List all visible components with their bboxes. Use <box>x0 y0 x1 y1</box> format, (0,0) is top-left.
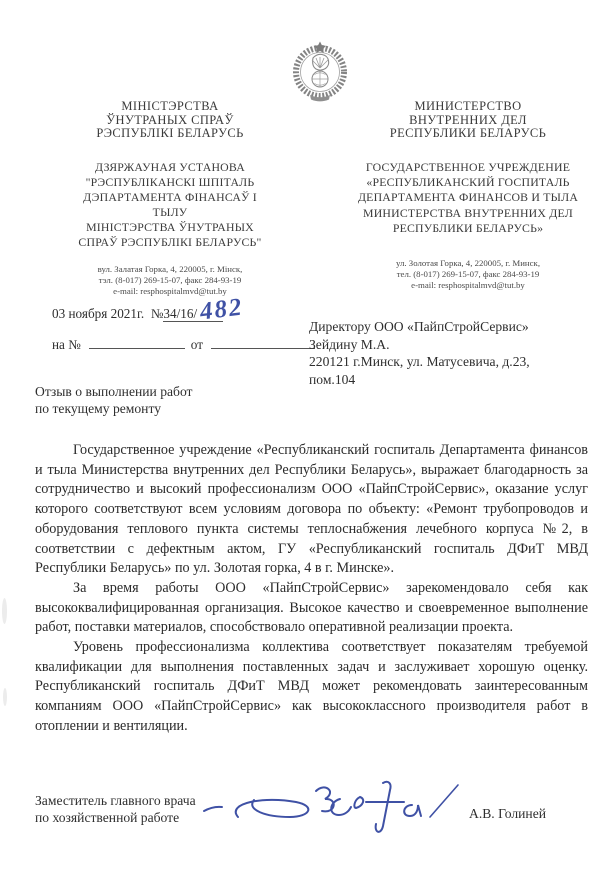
ministry-name-by: МІНІСТЭРСТВА ЎНУТРАНЫХ СПРАЎ РЭСПУБЛІКІ … <box>36 100 304 141</box>
institution-ru-line: ГОСУДАРСТВЕННОЕ УЧРЕЖДЕНИЕ <box>334 160 602 175</box>
belarus-coat-of-arms-icon <box>291 38 349 102</box>
date-and-number-line: 03 ноября 2021г. №34/16/ 482 <box>52 306 312 322</box>
institution-by-line: МІНІСТЭРСТВА ЎНУТРАНЫХ <box>36 220 304 235</box>
letterhead-left-column: МІНІСТЭРСТВА ЎНУТРАНЫХ СПРАЎ РЭСПУБЛІКІ … <box>36 100 304 297</box>
reply-date-blank <box>211 336 315 349</box>
subject-block: Отзыв о выполнении работ по текущему рем… <box>35 383 193 418</box>
ministry-by-line: ЎНУТРАНЫХ СПРАЎ <box>36 114 304 128</box>
address-by-line: тэл. (8-017) 269-15-07, факс 284-93-19 <box>36 275 304 286</box>
institution-ru-line: ДЕПАРТАМЕНТА ФИНАНСОВ И ТЫЛА <box>334 190 602 205</box>
body-paragraph: За время работы ООО «ПайпСтройСервис» за… <box>35 579 588 638</box>
address-ru-line: тел. (8-017) 269-15-07, факс 284-93-19 <box>334 269 602 280</box>
scan-artifact <box>2 598 7 624</box>
institution-by-line: ДЗЯРЖАУНАЯ УСТАНОВА <box>36 160 304 175</box>
body-paragraph: Уровень профессионализма коллектива соот… <box>35 638 588 737</box>
reply-reference-line: на №от <box>52 336 312 353</box>
subject-line: Отзыв о выполнении работ <box>35 383 193 400</box>
institution-by-line: СПРАЎ РЭСПУБЛІКІ БЕЛАРУСЬ" <box>36 235 304 250</box>
signer-name: А.В. Голиней <box>469 806 546 822</box>
ministry-by-line: РЭСПУБЛІКІ БЕЛАРУСЬ <box>36 127 304 141</box>
outgoing-number-handwritten: 482 <box>198 293 245 326</box>
institution-name-by: ДЗЯРЖАУНАЯ УСТАНОВА "РЭСПУБЛІКАНСКІ ШПІТ… <box>36 160 304 250</box>
reply-number-blank <box>89 336 185 349</box>
address-ru: ул. Золотая Горка, 4, 220005, г. Минск, … <box>334 258 602 291</box>
ministry-ru-line: МИНИСТЕРСТВО <box>334 100 602 114</box>
ministry-ru-line: РЕСПУБЛИКИ БЕЛАРУСЬ <box>334 127 602 141</box>
address-ru-line: ул. Золотая Горка, 4, 220005, г. Минск, <box>334 258 602 269</box>
scanned-letter-page: МІНІСТЭРСТВА ЎНУТРАНЫХ СПРАЎ РЭСПУБЛІКІ … <box>0 0 616 874</box>
addressee-block: Директору ООО «ПайпСтройСервис» Зейдину … <box>309 318 609 388</box>
signer-title: Заместитель главного врача по хозяйствен… <box>35 792 196 827</box>
addressee-address-2: пом.104 <box>309 371 609 389</box>
signer-title-line: Заместитель главного врача <box>35 792 196 809</box>
address-ru-email: e-mail: resphospitalmvd@tut.by <box>334 280 602 291</box>
letter-date: 03 ноября 2021г. <box>52 306 144 321</box>
institution-ru-line: МИНИСТЕРСТВА ВНУТРЕННИХ ДЕЛ <box>334 206 602 221</box>
reply-number-label: на № <box>52 337 81 352</box>
address-by-email: e-mail: resphospitalmvd@tut.by <box>36 286 304 297</box>
reply-from-label: от <box>191 337 203 352</box>
subject-line: по текущему ремонту <box>35 400 193 417</box>
addressee-position: Директору ООО «ПайпСтройСервис» <box>309 318 609 336</box>
scan-artifact <box>3 688 7 706</box>
signer-title-line: по хозяйственной работе <box>35 809 196 826</box>
addressee-name: Зейдину М.А. <box>309 336 609 354</box>
institution-name-ru: ГОСУДАРСТВЕННОЕ УЧРЕЖДЕНИЕ «РЕСПУБЛИКАНС… <box>334 160 602 237</box>
ministry-by-line: МІНІСТЭРСТВА <box>36 100 304 114</box>
letter-body: Государственное учреждение «Республиканс… <box>35 441 588 737</box>
ministry-name-ru: МИНИСТЕРСТВО ВНУТРЕННИХ ДЕЛ РЕСПУБЛИКИ Б… <box>334 100 602 141</box>
institution-ru-line: РЕСПУБЛИКИ БЕЛАРУСЬ» <box>334 221 602 236</box>
handwritten-signature <box>200 775 466 847</box>
address-by-line: вул. Залатая Горка, 4, 220005, г. Мінск, <box>36 264 304 275</box>
institution-by-line: "РЭСПУБЛІКАНСКІ ШПІТАЛЬ <box>36 175 304 190</box>
reference-block: 03 ноября 2021г. №34/16/ 482 на №от <box>52 306 312 353</box>
addressee-address: 220121 г.Минск, ул. Матусевича, д.23, <box>309 353 609 371</box>
address-by: вул. Залатая Горка, 4, 220005, г. Мінск,… <box>36 264 304 297</box>
institution-by-line: ТЫЛУ <box>36 205 304 220</box>
institution-by-line: ДЭПАРТАМЕНТА ФІНАНСАЎ І <box>36 190 304 205</box>
institution-ru-line: «РЕСПУБЛИКАНСКИЙ ГОСПИТАЛЬ <box>334 175 602 190</box>
letterhead-right-column: МИНИСТЕРСТВО ВНУТРЕННИХ ДЕЛ РЕСПУБЛИКИ Б… <box>334 100 602 291</box>
ministry-ru-line: ВНУТРЕННИХ ДЕЛ <box>334 114 602 128</box>
body-paragraph: Государственное учреждение «Республиканс… <box>35 441 588 579</box>
number-sign: № <box>151 306 164 321</box>
